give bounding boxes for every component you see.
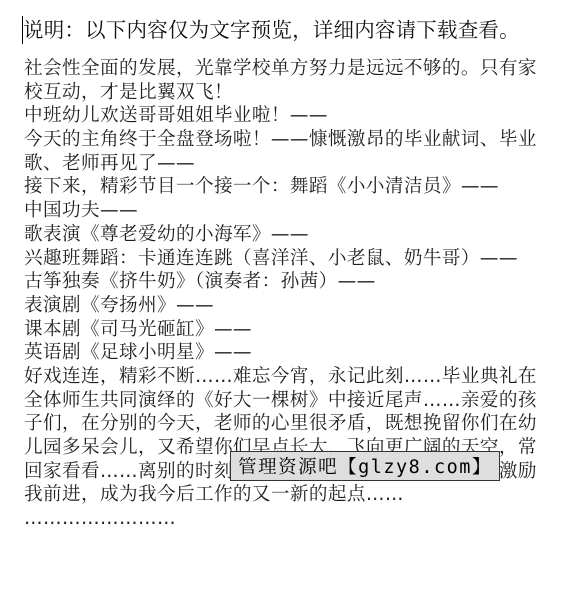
text-line: 子们，在分别的今天，老师的心里很矛盾，既想挽留你们在幼: [24, 412, 564, 436]
text-line: 英语剧《足球小明星》——: [24, 341, 564, 365]
text-line: 今天的主角终于全盘登场啦！——慷慨激昂的毕业献词、毕业: [24, 128, 564, 152]
text-line: 歌表演《尊老爱幼的小海军》——: [24, 223, 564, 247]
text-line: 全体师生共同演绎的《好大一棵树》中接近尾声……亲爱的孩: [24, 389, 564, 413]
text-line: 我前进，成为我今后工作的又一新的起点……: [24, 483, 564, 507]
watermark-banner: 管理资源吧【glzy8.com】: [230, 451, 500, 481]
text-line: 社会性全面的发展，光靠学校单方努力是远远不够的。只有家: [24, 57, 564, 81]
text-line: 表演剧《夸扬州》——: [24, 294, 564, 318]
text-line: 课本剧《司马光砸缸》——: [24, 318, 564, 342]
text-line: 好戏连连，精彩不断……难忘今宵，永记此刻……毕业典礼在: [24, 365, 564, 389]
text-line: 中班幼儿欢送哥哥姐姐毕业啦！——: [24, 104, 564, 128]
text-line: ……………………: [24, 507, 564, 531]
text-line: 中国功夫——: [24, 199, 564, 223]
text-line: 校互动，才是比翼双飞！: [24, 81, 564, 105]
text-line: 歌、老师再见了——: [24, 152, 564, 176]
preview-notice: 说明：以下内容仅为文字预览，详细内容请下载查看。: [23, 16, 520, 44]
text-line: 古筝独奏《挤牛奶》（演奏者：孙茜）——: [24, 270, 564, 294]
text-line: 兴趣班舞蹈：卡通连连跳（喜洋洋、小老鼠、奶牛哥）——: [24, 247, 564, 271]
text-line: 接下来，精彩节目一个接一个：舞蹈《小小清洁员》——: [24, 175, 564, 199]
